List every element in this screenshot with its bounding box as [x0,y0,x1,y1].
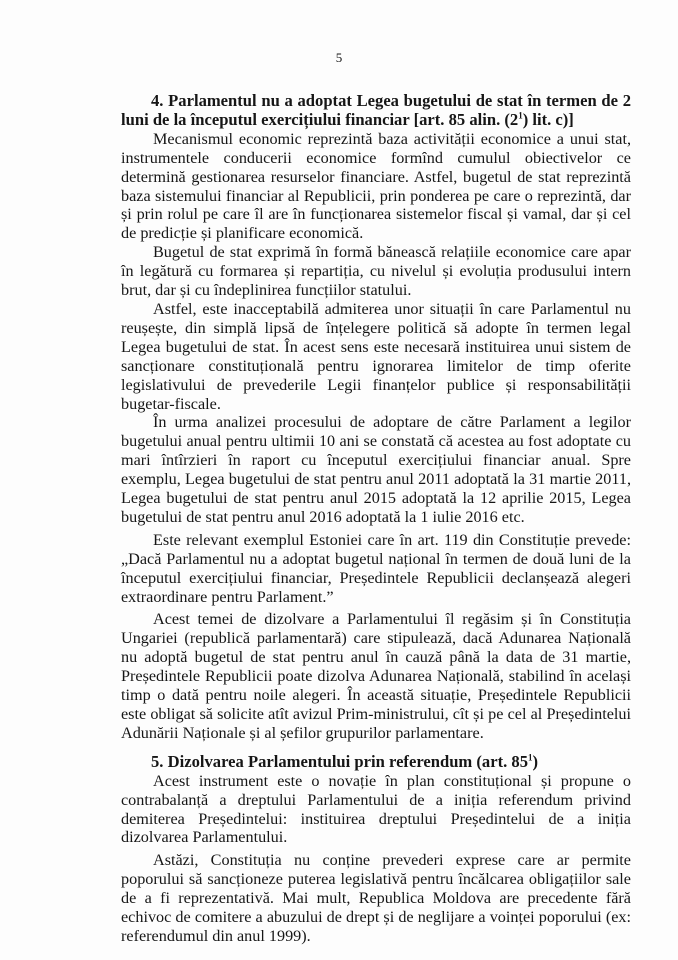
paragraph: Acest instrument este o novație în plan … [121,772,631,848]
paragraph: Astfel, este inacceptabilă admiterea uno… [121,300,631,413]
page-number: 5 [0,50,678,66]
section-number: 4. [151,91,163,110]
section-number: 5. [151,752,163,771]
section-title-end: ) [533,752,539,771]
document-page: 5 4. Parlamentul nu a adoptat Legea buge… [0,0,678,960]
paragraph: Acest temei de dizolvare a Parlamentului… [121,610,631,742]
paragraph: În urma analizei procesului de adoptare … [121,413,631,526]
paragraph: Astăzi, Constituția nu conține prevederi… [121,851,631,946]
section-title: Dizolvarea Parlamentului prin referendum… [168,752,528,771]
section-heading-4: 4. Parlamentul nu a adoptat Legea bugetu… [121,92,631,130]
paragraph: Bugetul de stat exprimă în formă băneasc… [121,243,631,300]
section-title-end: ) lit. c)] [523,110,574,129]
section-heading-5: 5. Dizolvarea Parlamentului prin referen… [121,753,631,772]
paragraph: Mecanismul economic reprezintă baza acti… [121,130,631,243]
paragraph: Este relevant exemplul Estoniei care în … [121,531,631,607]
document-body: 4. Parlamentul nu a adoptat Legea bugetu… [121,92,631,946]
